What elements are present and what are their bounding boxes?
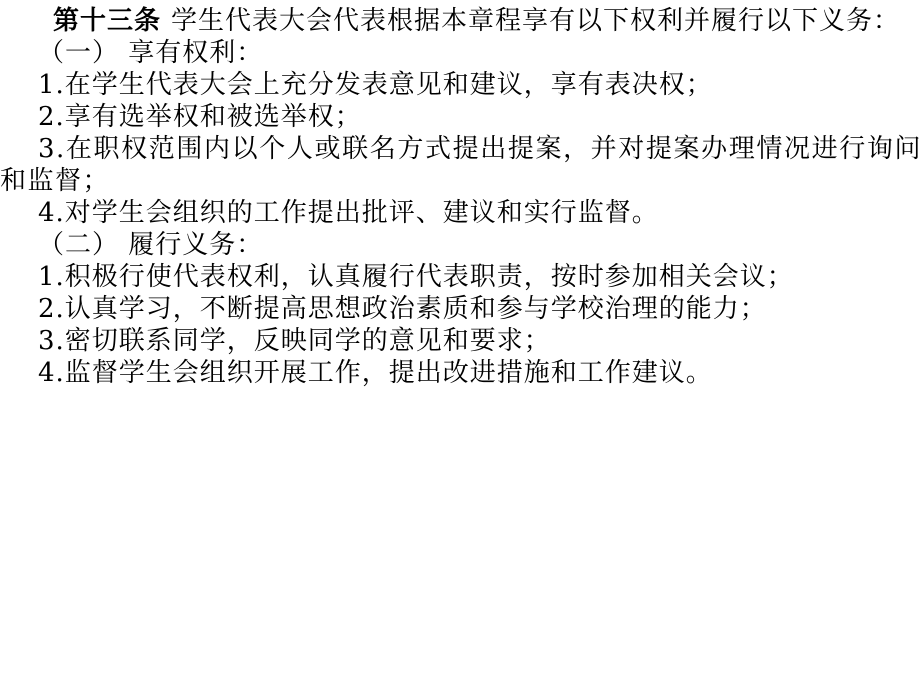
section-1-item-2: 2.享有选举权和被选举权；	[0, 101, 922, 133]
section-2-heading: （二） 履行义务：	[0, 229, 922, 261]
section-1-item-4: 4.对学生会组织的工作提出批评、建议和实行监督。	[0, 197, 922, 229]
section-1-item-1: 1.在学生代表大会上充分发表意见和建议，享有表决权；	[0, 69, 922, 101]
document-page: 第十三条学生代表大会代表根据本章程享有以下权利并履行以下义务： （一） 享有权利…	[0, 0, 922, 678]
section-2-item-3: 3.密切联系同学，反映同学的意见和要求；	[0, 325, 922, 357]
section-1-item-3: 3.在职权范围内以个人或联名方式提出提案，并对提案办理情况进行询问和监督；	[0, 133, 922, 197]
section-2-item-4: 4.监督学生会组织开展工作，提出改进措施和工作建议。	[0, 357, 922, 389]
section-1-heading: （一） 享有权利：	[0, 37, 922, 69]
article-number: 第十三条	[53, 6, 161, 36]
section-2-item-1: 1.积极行使代表权利，认真履行代表职责，按时参加相关会议；	[0, 261, 922, 293]
article-opening-paragraph: 第十三条学生代表大会代表根据本章程享有以下权利并履行以下义务：	[0, 5, 922, 37]
section-2-item-2: 2.认真学习，不断提高思想政治素质和参与学校治理的能力；	[0, 293, 922, 325]
article-intro-text: 学生代表大会代表根据本章程享有以下权利并履行以下义务：	[171, 6, 900, 36]
